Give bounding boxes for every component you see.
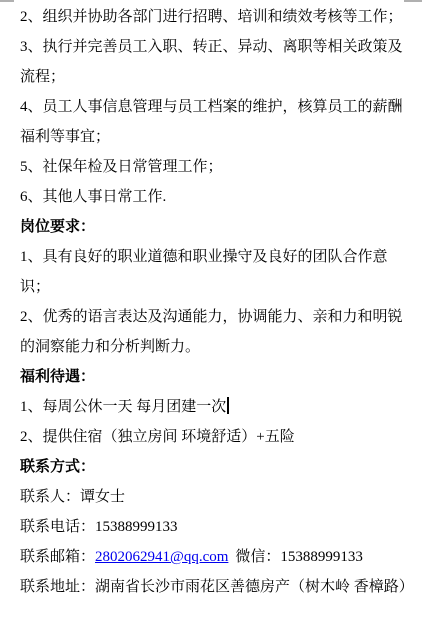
contact-email-label: 联系邮箱： xyxy=(20,549,95,565)
job-posting-document: 2、组织并协助各部门进行招聘、培训和绩效考核等工作； 3、执行并完善员工入职、转… xyxy=(0,0,422,602)
contact-wechat: 微信：15388999133 xyxy=(235,549,363,565)
contact-email-line: 联系邮箱：2802062941@qq.com微信：15388999133 xyxy=(20,542,410,572)
window-edge-fragment-right xyxy=(404,0,422,2)
duty-item-3: 3、执行并完善员工入职、转正、异动、离职等相关政策及流程； xyxy=(20,32,410,92)
contact-heading: 联系方式： xyxy=(20,452,410,482)
benefit-item-2: 2、提供住宿（独立房间 环境舒适）+五险 xyxy=(20,422,410,452)
duty-item-2: 2、组织并协助各部门进行招聘、培训和绩效考核等工作； xyxy=(20,2,410,32)
contact-email-link[interactable]: 2802062941@qq.com xyxy=(95,549,228,565)
duty-item-6: 6、其他人事日常工作. xyxy=(20,182,410,212)
requirements-heading: 岗位要求： xyxy=(20,212,410,242)
requirement-item-2: 2、优秀的语言表达及沟通能力，协调能力、亲和力和明锐的洞察能力和分析判断力。 xyxy=(20,302,410,362)
window-edge-fragment-left xyxy=(0,0,14,2)
contact-phone: 联系电话：15388999133 xyxy=(20,512,410,542)
text-caret xyxy=(227,397,229,414)
benefit-item-1: 1、每周公休一天 每月团建一次 xyxy=(20,392,410,422)
benefits-heading: 福利待遇： xyxy=(20,362,410,392)
requirement-item-1: 1、具有良好的职业道德和职业操守及良好的团队合作意识； xyxy=(20,242,410,302)
contact-address: 联系地址：湖南省长沙市雨花区善德房产（树木岭 香樟路） xyxy=(20,572,410,602)
contact-person: 联系人：谭女士 xyxy=(20,482,410,512)
benefit-item-1-text: 1、每周公休一天 每月团建一次 xyxy=(20,399,226,415)
duty-item-5: 5、社保年检及日常管理工作； xyxy=(20,152,410,182)
duty-item-4: 4、员工人事信息管理与员工档案的维护，核算员工的薪酬福利等事宜； xyxy=(20,92,410,152)
